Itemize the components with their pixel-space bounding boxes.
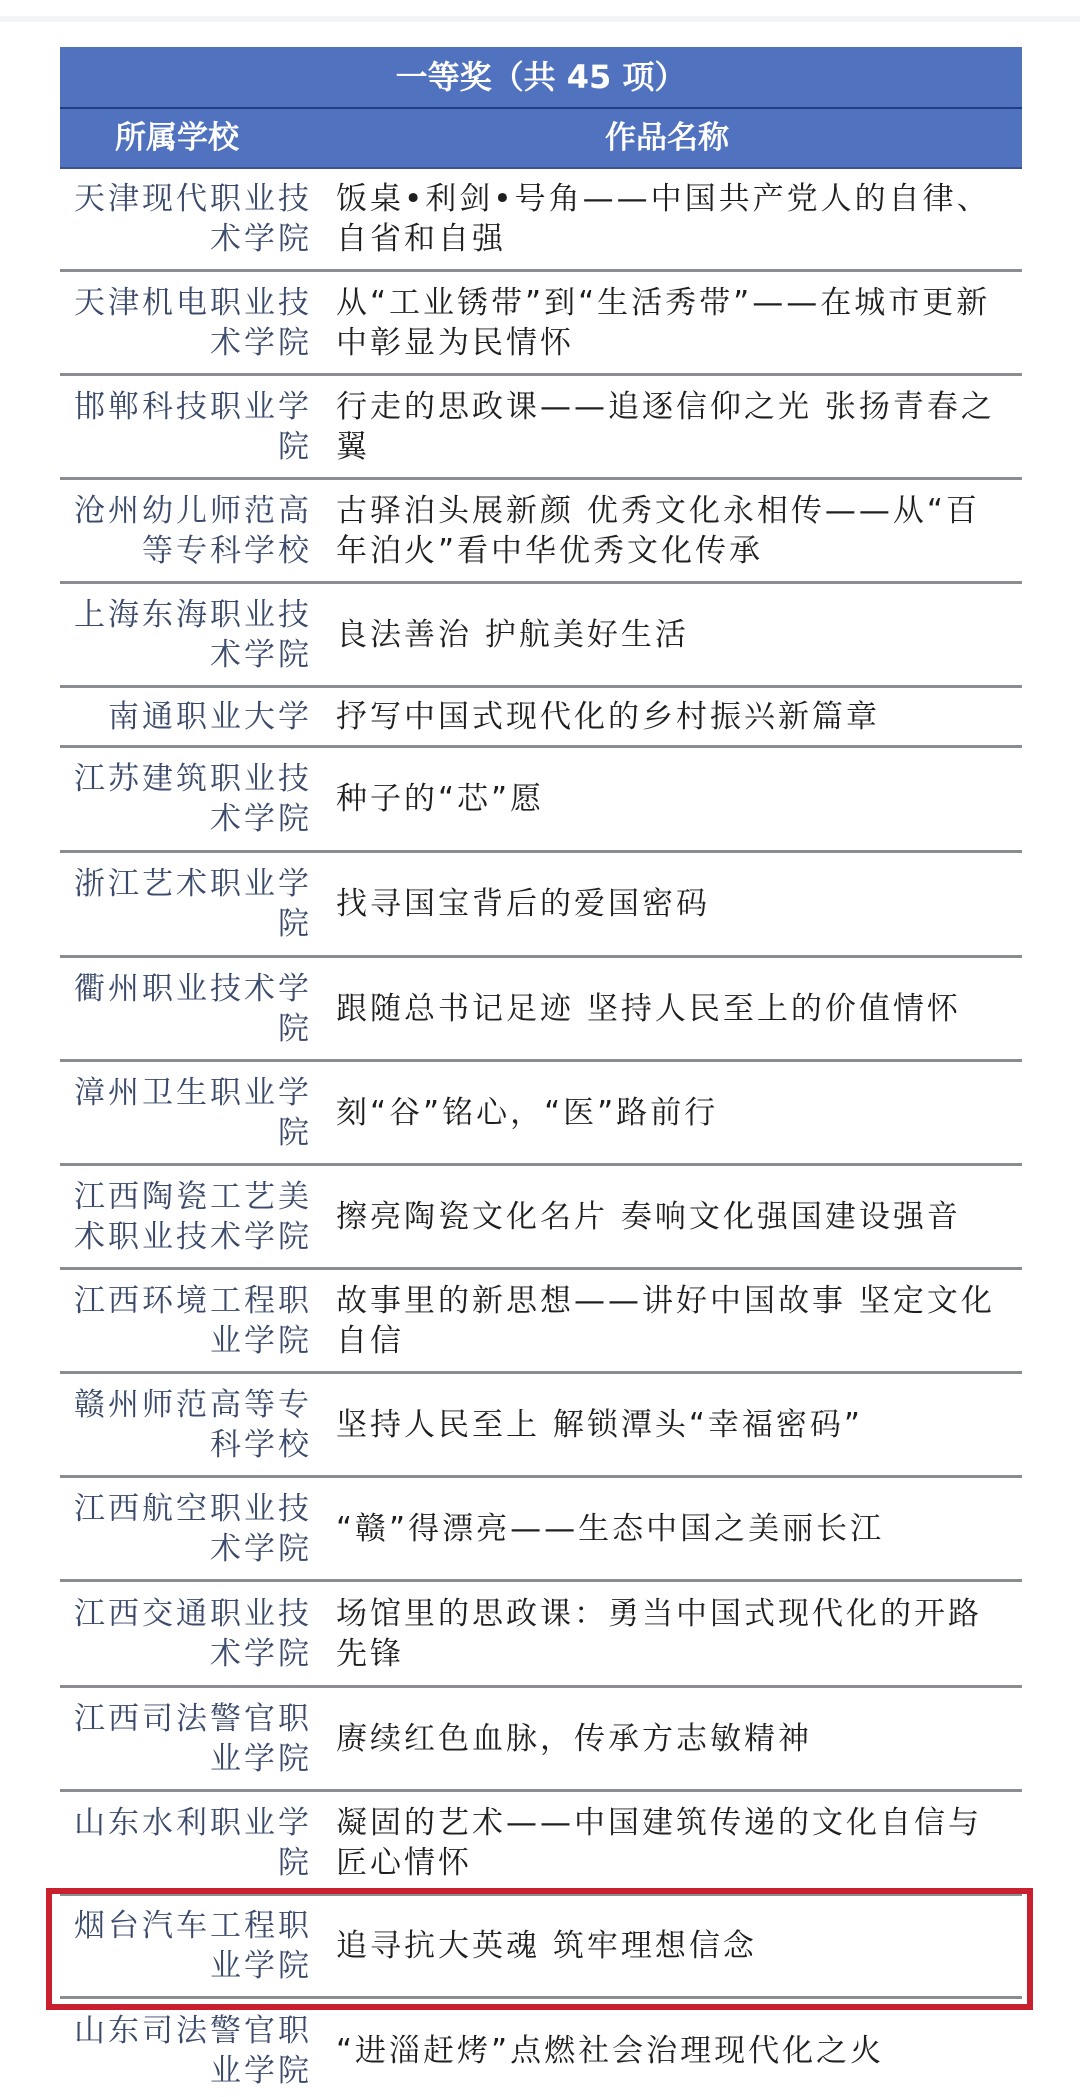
school-cell: 漳州卫生职业学院 bbox=[60, 1073, 312, 1153]
school-cell: 天津现代职业技术学院 bbox=[60, 179, 312, 259]
column-header-school: 所属学校 bbox=[60, 109, 312, 167]
table-row: 天津现代职业技术学院 饭桌•利剑•号角——中国共产党人的自律、自省和自强 bbox=[60, 168, 1022, 272]
table-row: 漳州卫生职业学院 刻“谷”铭心，“医”路前行 bbox=[60, 1062, 1022, 1166]
work-cell: 故事里的新思想——讲好中国故事 坚定文化自信 bbox=[312, 1281, 1022, 1361]
table-row: 南通职业大学 抒写中国式现代化的乡村振兴新篇章 bbox=[60, 688, 1022, 748]
table-row: 山东司法警官职业学院 “进淄赶烤”点燃社会治理现代化之火 bbox=[60, 1999, 1022, 2097]
work-cell: 跟随总书记足迹 坚持人民至上的价值情怀 bbox=[312, 989, 1022, 1029]
school-cell: 江西交通职业技术学院 bbox=[60, 1594, 312, 1674]
school-cell: 沧州幼儿师范高等专科学校 bbox=[60, 491, 312, 571]
school-cell: 江西环境工程职业学院 bbox=[60, 1281, 312, 1361]
work-cell: 种子的“芯”愿 bbox=[312, 779, 1022, 819]
school-cell: 江西航空职业技术学院 bbox=[60, 1489, 312, 1569]
table-row: 江西交通职业技术学院 场馆里的思政课：勇当中国式现代化的开路先锋 bbox=[60, 1582, 1022, 1688]
work-cell: 良法善治 护航美好生活 bbox=[312, 615, 1022, 655]
work-cell: 坚持人民至上 解锁潭头“幸福密码” bbox=[312, 1405, 1022, 1445]
table-row: 江西司法警官职业学院 赓续红色血脉，传承方志敏精神 bbox=[60, 1688, 1022, 1792]
table-title: 一等奖（共 45 项） bbox=[60, 47, 1022, 109]
work-cell: “赣”得漂亮——生态中国之美丽长江 bbox=[312, 1509, 1022, 1549]
work-cell: 场馆里的思政课：勇当中国式现代化的开路先锋 bbox=[312, 1594, 1022, 1674]
work-cell: 古驿泊头展新颜 优秀文化永相传——从“百年泊火”看中华优秀文化传承 bbox=[312, 491, 1022, 571]
table-row: 衢州职业技术学院 跟随总书记足迹 坚持人民至上的价值情怀 bbox=[60, 958, 1022, 1062]
work-cell: 饭桌•利剑•号角——中国共产党人的自律、自省和自强 bbox=[312, 179, 1022, 259]
table-row: 江西航空职业技术学院 “赣”得漂亮——生态中国之美丽长江 bbox=[60, 1478, 1022, 1582]
table-row: 上海东海职业技术学院 良法善治 护航美好生活 bbox=[60, 584, 1022, 688]
table-row: 浙江艺术职业学院 找寻国宝背后的爱国密码 bbox=[60, 853, 1022, 958]
work-cell: 抒写中国式现代化的乡村振兴新篇章 bbox=[312, 697, 1022, 737]
school-cell: 浙江艺术职业学院 bbox=[60, 864, 312, 944]
school-cell: 江西陶瓷工艺美术职业技术学院 bbox=[60, 1177, 312, 1257]
table-header-row: 所属学校 作品名称 bbox=[60, 109, 1022, 169]
work-cell: 刻“谷”铭心，“医”路前行 bbox=[312, 1093, 1022, 1133]
table-row-highlighted: 烟台汽车工程职业学院 追寻抗大英魂 筑牢理想信念 bbox=[60, 1896, 1022, 1999]
work-cell: 追寻抗大英魂 筑牢理想信念 bbox=[312, 1926, 1022, 1966]
school-cell: 江西司法警官职业学院 bbox=[60, 1699, 312, 1779]
table-row: 赣州师范高等专科学校 坚持人民至上 解锁潭头“幸福密码” bbox=[60, 1374, 1022, 1478]
table-row: 天津机电职业技术学院 从“工业锈带”到“生活秀带”——在城市更新中彰显为民情怀 bbox=[60, 272, 1022, 376]
table-row: 江西陶瓷工艺美术职业技术学院 擦亮陶瓷文化名片 奏响文化强国建设强音 bbox=[60, 1166, 1022, 1270]
school-cell: 上海东海职业技术学院 bbox=[60, 595, 312, 675]
school-cell: 山东水利职业学院 bbox=[60, 1803, 312, 1883]
top-divider-band bbox=[0, 16, 1080, 22]
school-cell: 江苏建筑职业技术学院 bbox=[60, 759, 312, 839]
school-cell: 邯郸科技职业学院 bbox=[60, 387, 312, 467]
column-header-work: 作品名称 bbox=[312, 109, 1022, 167]
school-cell: 赣州师范高等专科学校 bbox=[60, 1385, 312, 1465]
school-cell: 山东司法警官职业学院 bbox=[60, 2011, 312, 2091]
table-row: 江苏建筑职业技术学院 种子的“芯”愿 bbox=[60, 748, 1022, 853]
work-cell: 擦亮陶瓷文化名片 奏响文化强国建设强音 bbox=[312, 1197, 1022, 1237]
table-row: 沧州幼儿师范高等专科学校 古驿泊头展新颜 优秀文化永相传——从“百年泊火”看中华… bbox=[60, 480, 1022, 584]
table-row: 邯郸科技职业学院 行走的思政课——追逐信仰之光 张扬青春之翼 bbox=[60, 376, 1022, 480]
work-cell: 凝固的艺术——中国建筑传递的文化自信与匠心情怀 bbox=[312, 1803, 1022, 1883]
work-cell: 找寻国宝背后的爱国密码 bbox=[312, 884, 1022, 924]
table-row: 山东水利职业学院 凝固的艺术——中国建筑传递的文化自信与匠心情怀 bbox=[60, 1792, 1022, 1896]
table-row: 江西环境工程职业学院 故事里的新思想——讲好中国故事 坚定文化自信 bbox=[60, 1270, 1022, 1374]
work-cell: 从“工业锈带”到“生活秀带”——在城市更新中彰显为民情怀 bbox=[312, 283, 1022, 363]
school-cell: 烟台汽车工程职业学院 bbox=[60, 1906, 312, 1986]
work-cell: 赓续红色血脉，传承方志敏精神 bbox=[312, 1719, 1022, 1759]
work-cell: “进淄赶烤”点燃社会治理现代化之火 bbox=[312, 2031, 1022, 2071]
school-cell: 衢州职业技术学院 bbox=[60, 969, 312, 1049]
school-cell: 天津机电职业技术学院 bbox=[60, 283, 312, 363]
school-cell: 南通职业大学 bbox=[60, 697, 312, 737]
work-cell: 行走的思政课——追逐信仰之光 张扬青春之翼 bbox=[312, 387, 1022, 467]
